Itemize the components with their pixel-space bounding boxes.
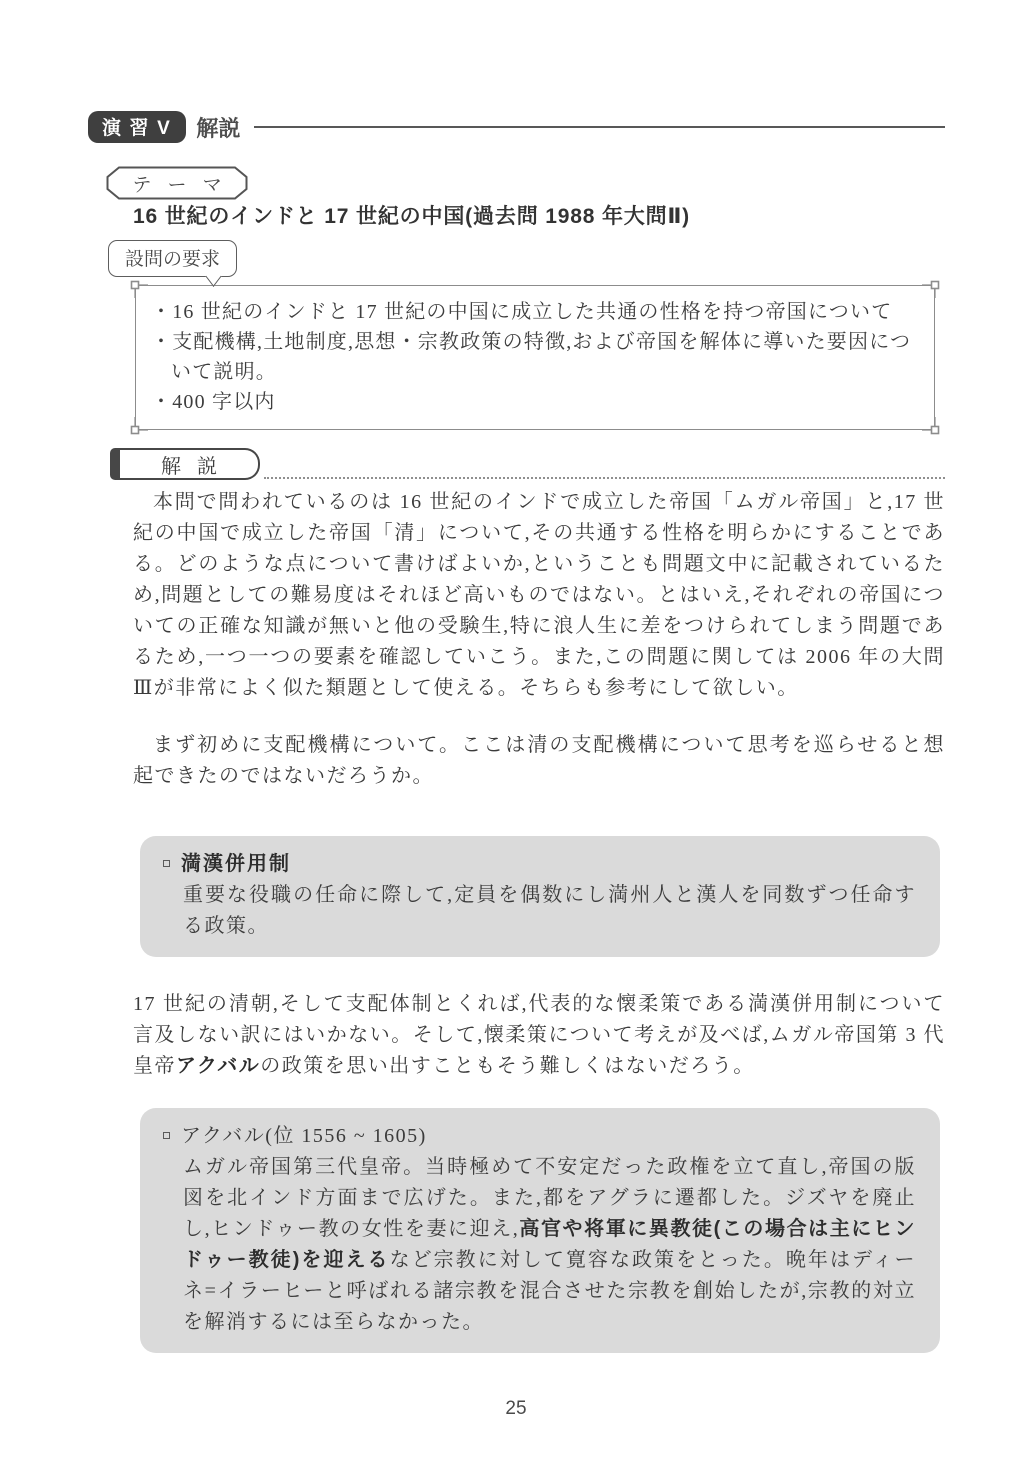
corner-ornament-icon: [922, 417, 940, 435]
theme-label: テーマ: [116, 170, 238, 197]
explanation-paragraph-1: 本問で問われているのは 16 世紀のインドで成立した帝国「ムガル帝国」と,17 …: [133, 487, 945, 704]
corner-ornament-icon: [922, 280, 940, 298]
note-body: ムガル帝国第三代皇帝。当時極めて不安定だった政権を立て直し,帝国の版図を北インド…: [183, 1152, 916, 1338]
exercise-header: 演習V 解説: [88, 112, 945, 142]
note-title: アクバル(位 1556 ~ 1605): [181, 1121, 427, 1152]
requirement-item: ・支配機構,土地制度,思想・宗教政策の特徴,および帝国を解体に導いた要因について…: [151, 327, 922, 387]
requirements-box: ・16 世紀のインドと 17 世紀の中国に成立した共通の性格を持つ帝国について …: [135, 285, 935, 430]
page-title: 16 世紀のインドと 17 世紀の中国(過去問 1988 年大問Ⅱ): [133, 202, 945, 232]
section-heading: 解説: [196, 112, 240, 143]
requirements-label-text: 設問の要求: [125, 249, 220, 270]
note-title-row: 満漢併用制: [163, 849, 916, 880]
requirements-label: 設問の要求: [108, 240, 237, 277]
paragraph-text: の政策を思い出すこともそう難しくはないだろう。: [260, 1055, 755, 1077]
square-bullet-icon: [163, 1132, 170, 1139]
explanation-paragraph-2: まず初めに支配機構について。ここは清の支配機構について思考を巡らせると想起できた…: [133, 730, 945, 792]
keyword-akbar: アクバル: [176, 1055, 260, 1077]
document-page: 演習V 解説 テーマ 16 世紀のインドと 17 世紀の中国(過去問 1988 …: [0, 0, 1032, 1457]
explanation-label: 解説: [110, 448, 260, 480]
requirement-item: ・400 字以内: [151, 387, 922, 417]
explanation-paragraph-3: 17 世紀の清朝,そして支配体制とくれば,代表的な懐柔策である満漢併用制について…: [133, 989, 945, 1082]
note-title-row: アクバル(位 1556 ~ 1605): [163, 1121, 916, 1152]
page-number: 25: [0, 1398, 1032, 1420]
note-body: 重要な役職の任命に際して,定員を偶数にし満州人と漢人を同数ずつ任命する政策。: [183, 880, 916, 942]
header-rule: [254, 126, 945, 128]
note-title: 満漢併用制: [181, 849, 291, 880]
note-box-mankan: 満漢併用制 重要な役職の任命に際して,定員を偶数にし満州人と漢人を同数ずつ任命す…: [140, 836, 940, 957]
exercise-badge: 演習V: [88, 111, 186, 143]
corner-ornament-icon: [130, 417, 148, 435]
note-box-akbar: アクバル(位 1556 ~ 1605) ムガル帝国第三代皇帝。当時極めて不安定だ…: [140, 1108, 940, 1353]
corner-ornament-icon: [130, 280, 148, 298]
square-bullet-icon: [163, 860, 170, 867]
theme-label-plaque: テーマ: [106, 166, 248, 200]
requirement-item: ・16 世紀のインドと 17 世紀の中国に成立した共通の性格を持つ帝国について: [151, 297, 922, 327]
dotted-rule: [264, 477, 945, 479]
explanation-header: 解説: [110, 448, 945, 480]
